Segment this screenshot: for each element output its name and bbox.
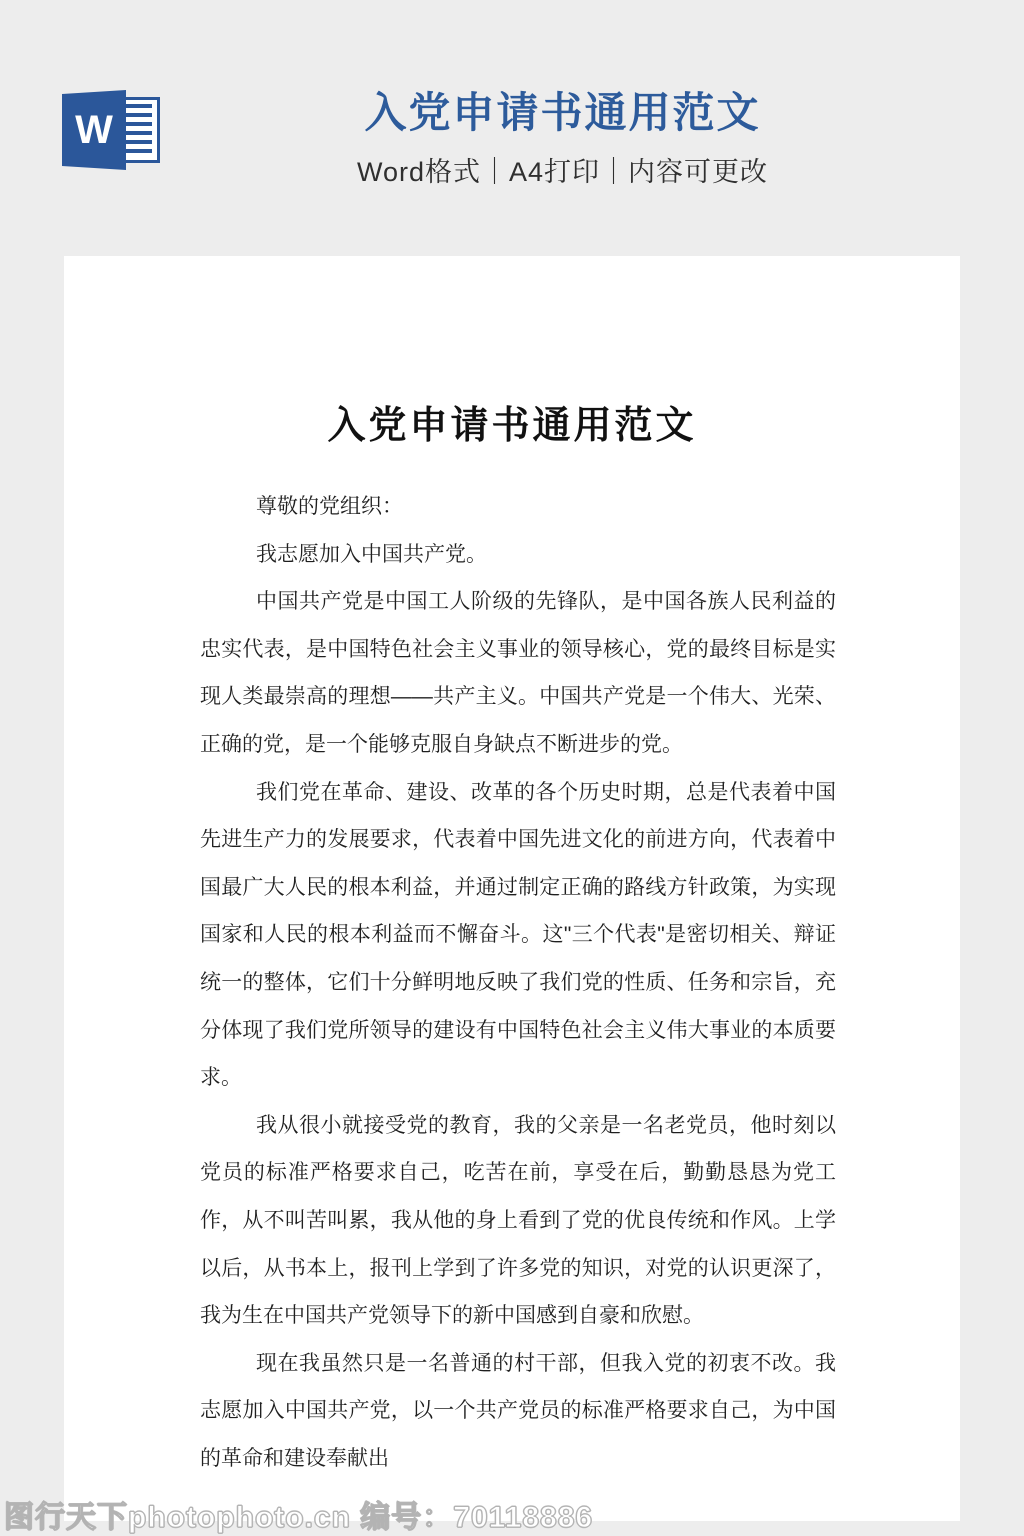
document-paragraph: 我从很小就接受党的教育，我的父亲是一名老党员，他时刻以党员的标准严格要求自己，吃… — [200, 1102, 836, 1340]
header-text-block: 入党申请书通用范文 Word格式｜A4打印｜内容可更改 — [165, 88, 960, 189]
document-body: 尊敬的党组织：我志愿加入中国共产党。中国共产党是中国工人阶级的先锋队，是中国各族… — [64, 483, 960, 1482]
word-icon-text-lines — [126, 104, 152, 156]
page-canvas: W 入党申请书通用范文 Word格式｜A4打印｜内容可更改 入党申请书通用范文 … — [0, 0, 1024, 1536]
word-file-icon: W — [62, 90, 162, 170]
document-paragraph: 我志愿加入中国共产党。 — [200, 531, 836, 579]
watermark-text: 图行天下photophoto.cn 编号：70118886 — [4, 1492, 593, 1536]
document-title: 入党申请书通用范文 — [64, 394, 960, 449]
header: W 入党申请书通用范文 Word格式｜A4打印｜内容可更改 — [0, 0, 1024, 256]
document-paragraph: 中国共产党是中国工人阶级的先锋队，是中国各族人民利益的忠实代表，是中国特色社会主… — [200, 578, 836, 768]
header-title: 入党申请书通用范文 — [165, 88, 960, 138]
header-subtitle: Word格式｜A4打印｜内容可更改 — [165, 150, 960, 189]
document-paragraph: 尊敬的党组织： — [200, 483, 836, 531]
a4-document-page: 入党申请书通用范文 尊敬的党组织：我志愿加入中国共产党。中国共产党是中国工人阶级… — [64, 256, 960, 1521]
document-paragraph: 我们党在革命、建设、改革的各个历史时期，总是代表着中国先进生产力的发展要求，代表… — [200, 769, 836, 1102]
word-icon-w-panel: W — [62, 90, 126, 170]
document-paragraph: 现在我虽然只是一名普通的村干部，但我入党的初衷不改。我志愿加入中国共产党，以一个… — [200, 1340, 836, 1483]
